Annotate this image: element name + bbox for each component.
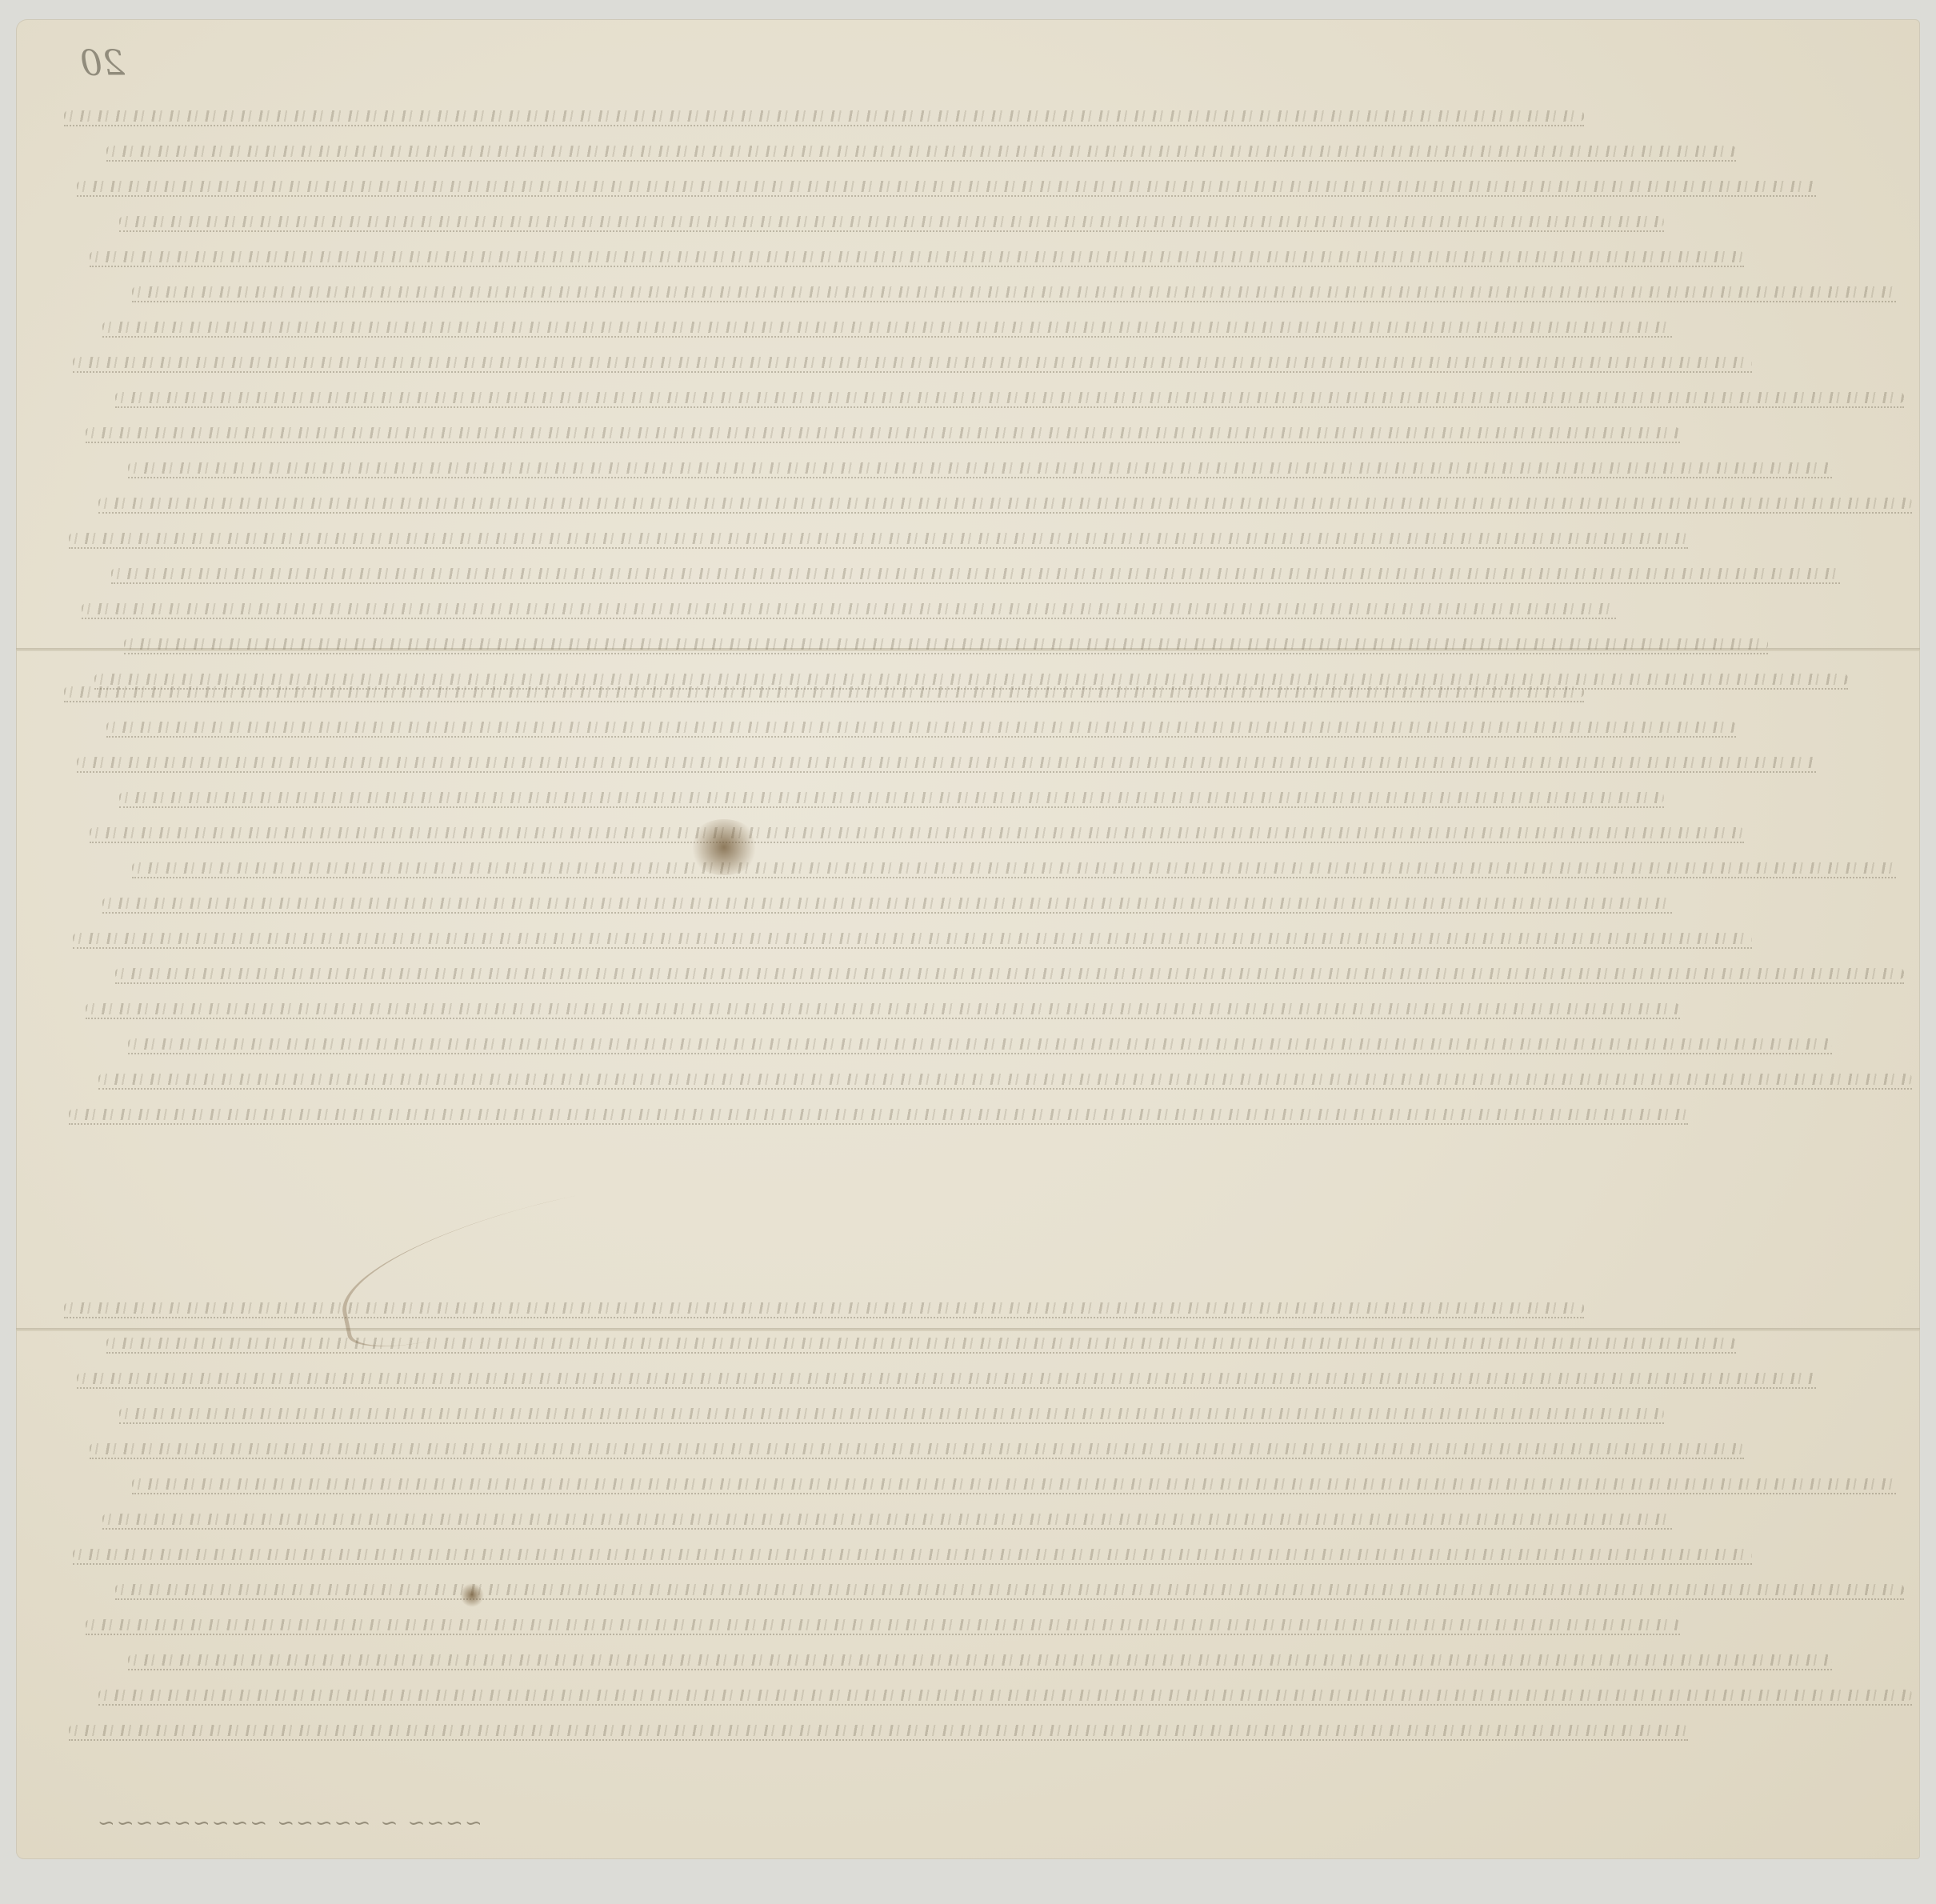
handwritten-line <box>90 248 1744 267</box>
ink-spot <box>460 1583 484 1607</box>
handwritten-line <box>124 635 1768 654</box>
closing-line: ~~~~ ~ ~~~~~ ~~~~~~~~~ <box>96 1811 482 1835</box>
handwritten-line <box>115 965 1904 984</box>
handwritten-line <box>132 859 1896 878</box>
handwritten-line <box>132 283 1896 302</box>
handwritten-line <box>73 930 1752 949</box>
handwritten-line <box>102 318 1672 338</box>
handwritten-line <box>69 530 1688 549</box>
handwritten-line <box>64 1299 1584 1318</box>
handwritten-line <box>98 1686 1912 1706</box>
handwritten-line <box>64 683 1584 702</box>
handwritten-line <box>102 1510 1672 1530</box>
handwritten-line <box>98 1070 1912 1090</box>
handwritten-line <box>77 1370 1816 1389</box>
handwritten-line <box>128 1035 1832 1054</box>
handwritten-line <box>119 213 1664 232</box>
handwritten-line <box>64 107 1584 126</box>
handwritten-line <box>128 1651 1832 1670</box>
handwritten-line <box>86 424 1680 443</box>
handwritten-line <box>128 459 1832 478</box>
handwritten-line <box>132 1475 1896 1494</box>
handwritten-line <box>82 600 1616 619</box>
ink-stain <box>688 819 760 875</box>
handwritten-line <box>77 754 1816 773</box>
handwritten-line <box>90 824 1744 843</box>
fold-line-lower <box>16 1328 1920 1331</box>
handwritten-line <box>73 1546 1752 1565</box>
manuscript-page: 20 ~~~~ ~ ~~~~~ ~~~~~~~~~ <box>16 19 1920 1859</box>
handwritten-line <box>90 1440 1744 1459</box>
handwritten-line <box>115 389 1904 408</box>
handwritten-line <box>98 494 1912 514</box>
handwritten-line <box>119 789 1664 808</box>
handwritten-line <box>111 565 1840 584</box>
handwritten-line <box>77 178 1816 197</box>
handwritten-line <box>86 1000 1680 1019</box>
page-number: 20 <box>80 43 125 84</box>
handwritten-line <box>106 718 1736 738</box>
handwritten-line <box>119 1405 1664 1424</box>
handwritten-line <box>115 1581 1904 1600</box>
handwritten-line <box>73 354 1752 373</box>
handwritten-line <box>69 1722 1688 1741</box>
handwritten-line <box>106 142 1736 162</box>
handwritten-line <box>69 1106 1688 1125</box>
handwritten-line <box>102 894 1672 914</box>
handwritten-line <box>86 1616 1680 1635</box>
